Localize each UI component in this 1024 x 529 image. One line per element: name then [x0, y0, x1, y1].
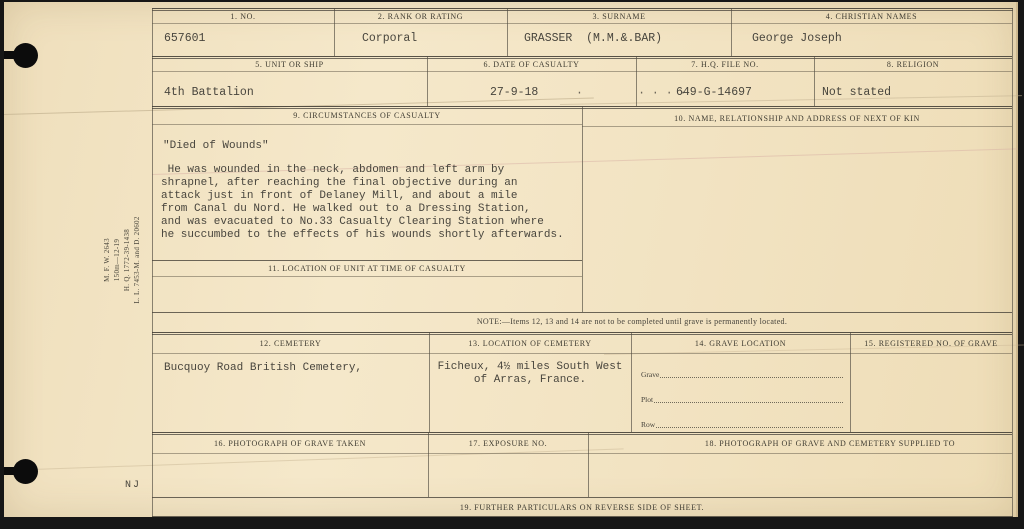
sec11-top [152, 260, 582, 261]
grave-location-label: 14. GRAVE LOCATION [631, 339, 850, 348]
row1-bottom [152, 56, 1012, 59]
sec10-label-underline [582, 126, 1012, 127]
plot-line-label: Plot [641, 395, 653, 404]
exposure-label: 17. EXPOSURE NO. [428, 439, 588, 448]
note-row-top [152, 312, 1012, 313]
unit-location-label: 11. LOCATION OF UNIT AT TIME OF CASUALTY [152, 264, 582, 273]
circumstances-line: He was wounded in the neck, abdomen and … [161, 164, 504, 176]
circumstances-line: he succumbed to the effects of his wound… [161, 229, 564, 241]
row-dotted-line: Row [641, 418, 843, 429]
next-of-kin-label: 10. NAME, RELATIONSHIP AND ADDRESS OF NE… [582, 114, 1012, 123]
table-border-bottom [152, 516, 1013, 517]
form-reference-text: M. F. W. 2643 150m—12-19 H. Q. 1772-39-1… [102, 185, 142, 335]
form-ref-line: M. F. W. 2643 [102, 185, 112, 335]
rank-value: Corporal [362, 32, 417, 45]
casualty-record-card: M. F. W. 2643 150m—12-19 H. Q. 1772-39-1… [4, 2, 1018, 517]
circumstances-line: attack just in front of Delaney Mill, an… [161, 190, 517, 202]
scan-line [4, 448, 624, 471]
circumstances-line: from Canal du Nord. He walked out to a D… [161, 203, 531, 215]
surname-label: 3. SURNAME [507, 12, 731, 21]
row-line-label: Row [641, 420, 655, 429]
row16-bottom [152, 497, 1012, 498]
mid-divider [582, 106, 583, 312]
religion-value: Not stated [822, 86, 891, 99]
sec11-label-underline [152, 276, 582, 277]
no-label: 1. NO. [152, 12, 334, 21]
row16-label-underline [152, 453, 1012, 454]
circumstances-label: 9. CIRCUMSTANCES OF CASUALTY [152, 111, 582, 120]
note-text: NOTE:—Items 12, 13 and 14 are not to be … [152, 317, 1012, 326]
circumstances-quote: "Died of Wounds" [163, 140, 269, 152]
unit-value: 4th Battalion [164, 86, 254, 99]
cemetery-label: 12. CEMETERY [152, 339, 429, 348]
punch-hole [13, 459, 38, 484]
grave-line-label: Grave [641, 370, 659, 379]
form-ref-line: H. Q. 1772-39-1438 [122, 185, 132, 335]
form-ref-line: L. L. 7453-M. and D. 20602 [132, 185, 142, 335]
form-ref-line: 150m—12-19 [112, 185, 122, 335]
punch-hole [13, 43, 38, 68]
cemetery-location-value: Ficheux, 4½ miles South West [429, 361, 631, 373]
christian-names-value: George Joseph [752, 32, 842, 45]
dotted-leader [654, 402, 843, 403]
photo-supplied-label: 18. PHOTOGRAPH OF GRAVE AND CEMETERY SUP… [588, 439, 1012, 448]
cemetery-location-value: of Arras, France. [429, 374, 631, 386]
plot-dotted-line: Plot [641, 393, 843, 404]
dotted-leader [656, 427, 843, 428]
row12-label-underline [152, 353, 1012, 354]
rank-label: 2. RANK OR RATING [334, 12, 507, 21]
table-border-top [152, 8, 1013, 11]
dotted-leader [660, 377, 843, 378]
hq-file-value: 649-G-14697 [676, 86, 752, 99]
row1-label-underline [152, 23, 1012, 24]
nj-stamp: NJ [125, 480, 141, 491]
date-of-casualty-value: 27-9-18 [490, 86, 538, 99]
table-border-right [1012, 8, 1013, 517]
further-particulars-label: 19. FURTHER PARTICULARS ON REVERSE SIDE … [152, 503, 1012, 512]
no-value: 657601 [164, 32, 205, 45]
note-row-bottom [152, 332, 1012, 335]
hq-file-label: 7. H.Q. FILE NO. [636, 60, 814, 69]
grave-dotted-line: Grave [641, 368, 843, 379]
row12-bottom [152, 432, 1012, 435]
registered-grave-label: 15. REGISTERED NO. OF GRAVE [850, 339, 1012, 348]
surname-value: GRASSER (M.M.&.BAR) [524, 32, 662, 45]
unit-label: 5. UNIT OR SHIP [152, 60, 427, 69]
circumstances-line: and was evacuated to No.33 Casualty Clea… [161, 216, 544, 228]
sec9-label-underline [152, 124, 582, 125]
cemetery-value: Bucquoy Road British Cemetery, [164, 362, 362, 374]
photo-taken-label: 16. PHOTOGRAPH OF GRAVE TAKEN [152, 439, 428, 448]
cemetery-location-label: 13. LOCATION OF CEMETERY [429, 339, 631, 348]
religion-label: 8. RELIGION [814, 60, 1012, 69]
date-of-casualty-label: 6. DATE OF CASUALTY [427, 60, 636, 69]
christian-names-label: 4. CHRISTIAN NAMES [731, 12, 1012, 21]
typed-dots: · · · · · [576, 87, 686, 100]
circumstances-line: shrapnel, after reaching the final objec… [161, 177, 517, 189]
row2-label-underline [152, 71, 1012, 72]
